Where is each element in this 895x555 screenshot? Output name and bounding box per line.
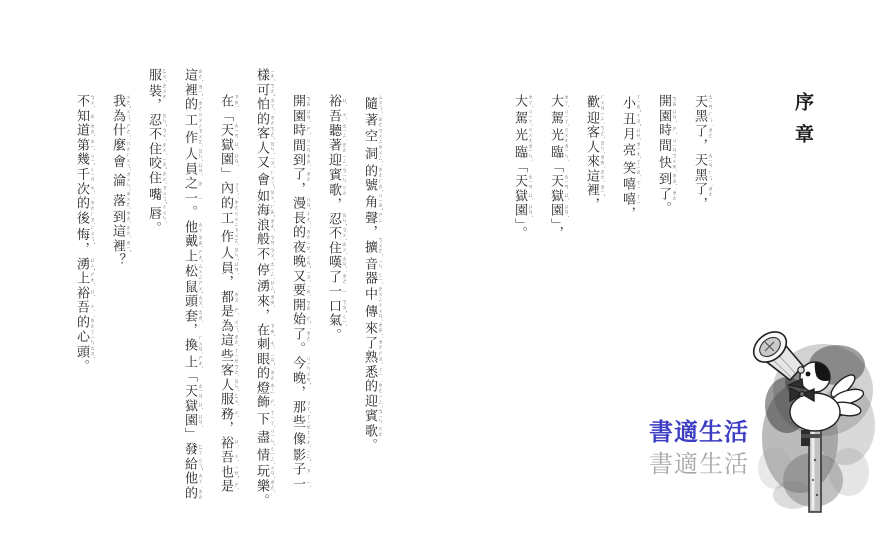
char-with-zhuyin: 作ㄗㄨㄛˋ: [182, 128, 197, 147]
char-with-zhuyin: 中ㄓㄨㄥ: [362, 286, 377, 303]
text-column: 服ㄈㄨˊ裝ㄓㄨㄤ，忍ㄖㄣˇ不ㄅㄨˊ住ㄓㄨˋ咬ㄧㄠˇ住ㄓㄨˋ嘴ㄗㄨㄟˇ唇ㄔㄨㄣˊ。: [135, 68, 171, 518]
char-with-zhuyin: 園ㄩㄢˊ: [290, 109, 305, 124]
char-with-zhuyin: 亮ㄌㄧㄤˋ: [620, 141, 635, 159]
char-with-zhuyin: 了˙ㄌㄜ: [692, 124, 707, 139]
char-with-zhuyin: 那ㄋㄚˋ: [290, 400, 305, 415]
char-with-zhuyin: 黑ㄏㄟ: [692, 168, 707, 183]
char-with-zhuyin: 園ㄩㄢˊ: [182, 413, 197, 428]
megaphone-knob: [798, 367, 804, 373]
char-with-zhuyin: 了˙ㄌㄜ: [326, 270, 341, 285]
char-with-zhuyin: 給ㄍㄟˇ: [182, 457, 197, 472]
char-with-zhuyin: 大ㄉㄚˋ: [548, 94, 563, 109]
char-with-zhuyin: 員ㄩㄢˊ: [218, 261, 233, 276]
char-with-zhuyin: 漫ㄇㄢˋ: [290, 196, 305, 211]
char-with-zhuyin: 到ㄉㄠˋ: [290, 153, 305, 168]
text-column: 小ㄒㄧㄠˇ丑ㄔㄡˇ月ㄩㄝˋ亮ㄌㄧㄤˋ笑ㄒㄧㄠˋ嘻ㄒㄧ嘻ㄒㄧ，: [609, 68, 645, 518]
char-with-zhuyin: 這ㄓㄜˋ: [182, 68, 197, 83]
punctuation-char: ，: [74, 242, 89, 257]
char-with-zhuyin: 的˙ㄉㄜ: [254, 366, 269, 381]
char-with-zhuyin: 我ㄨㄛˇ: [110, 94, 125, 109]
char-with-zhuyin: 落ㄌㄨㄛˋ: [110, 191, 125, 210]
char-with-zhuyin: 套ㄊㄠˋ: [182, 309, 197, 324]
char-with-zhuyin: 天ㄊㄧㄢ: [692, 153, 707, 168]
char-with-zhuyin: 裕ㄩˋ: [74, 286, 89, 301]
char-with-zhuyin: 會ㄏㄨㄟˋ: [254, 170, 269, 189]
char-with-zhuyin: 幾ㄐㄧˇ: [74, 152, 89, 167]
char-with-zhuyin: 玩ㄨㄢˊ: [254, 464, 269, 479]
char-with-zhuyin: 迎ㄧㄥˊ: [584, 111, 599, 126]
char-with-zhuyin: 唇ㄔㄨㄣˊ: [146, 204, 161, 221]
char-with-zhuyin: 這ㄓㄜˋ: [218, 333, 233, 348]
punctuation-char: 。: [326, 328, 341, 343]
char-with-zhuyin: 務ㄨˋ: [218, 407, 233, 422]
char-with-zhuyin: 般ㄅㄢ: [254, 232, 269, 247]
text-column: 隨ㄙㄨㄟˊ著˙ㄓㄜ空ㄎㄨㄥ洞ㄉㄨㄥˋ的˙ㄉㄜ號ㄏㄠˋ角ㄐㄧㄠˇ聲ㄕㄥ，擴ㄎㄨㄛˋ…: [351, 68, 387, 518]
punctuation-char: ，: [584, 198, 599, 213]
char-with-zhuyin: 光ㄍㄨㄤ: [548, 127, 563, 144]
char-with-zhuyin: 下ㄒㄧㄚˋ: [254, 410, 269, 428]
char-with-zhuyin: 黑ㄏㄟ: [692, 109, 707, 124]
char-with-zhuyin: 裡ㄌㄧˇ: [182, 83, 197, 98]
char-with-zhuyin: 裕ㄩˋ: [218, 436, 233, 451]
char-with-zhuyin: 些ㄒㄧㄝ: [290, 414, 305, 429]
char-with-zhuyin: 的˙ㄉㄜ: [218, 196, 233, 211]
char-with-zhuyin: 了˙ㄌㄜ: [290, 167, 305, 182]
char-with-zhuyin: 戴ㄉㄞˋ: [182, 234, 197, 249]
char-with-zhuyin: 第ㄉㄧˋ: [74, 138, 89, 153]
char-with-zhuyin: 淪ㄌㄨㄣˊ: [110, 171, 125, 190]
char-with-zhuyin: 擴ㄎㄨㄛˋ: [362, 240, 377, 257]
punctuation-char: 。: [74, 359, 89, 374]
char-with-zhuyin: 人ㄖㄣˊ: [218, 378, 233, 393]
char-with-zhuyin: 工ㄍㄨㄥ: [218, 210, 233, 227]
char-with-zhuyin: 人ㄖㄣˊ: [218, 246, 233, 261]
char-with-zhuyin: 始ㄕˇ: [290, 312, 305, 327]
char-with-zhuyin: 空ㄎㄨㄥ: [362, 128, 377, 145]
punctuation-char: 。: [254, 493, 269, 508]
char-with-zhuyin: 裡ㄌㄧˇ: [110, 239, 125, 254]
char-with-zhuyin: 鼠ㄕㄨˇ: [182, 280, 197, 295]
char-with-zhuyin: 駕ㄐㄧㄚˋ: [512, 109, 527, 127]
char-with-zhuyin: 一ㄧˊ: [290, 477, 305, 492]
char-with-zhuyin: 光ㄍㄨㄤ: [512, 127, 527, 144]
char-with-zhuyin: 眼ㄧㄢˇ: [254, 352, 269, 367]
char-with-zhuyin: 獄ㄩˋ: [512, 189, 527, 204]
char-with-zhuyin: 飾ㄕˋ: [254, 395, 269, 410]
char-with-zhuyin: 子˙ㄗ: [290, 462, 305, 477]
char-with-zhuyin: 開ㄎㄞ: [656, 94, 671, 109]
punctuation-char: 「: [548, 159, 563, 174]
punctuation-char: 「: [512, 159, 527, 174]
char-with-zhuyin: 晚ㄨㄢˇ: [290, 371, 305, 386]
char-with-zhuyin: 迎ㄧㄥˊ: [362, 394, 377, 409]
char-with-zhuyin: 不ㄅㄨˊ: [326, 226, 341, 241]
char-with-zhuyin: 時ㄕˊ: [290, 123, 305, 138]
char-with-zhuyin: 晚ㄨㄢˇ: [290, 254, 305, 269]
char-with-zhuyin: 的˙ㄉㄜ: [290, 225, 305, 240]
char-with-zhuyin: 著˙ㄓㄜ: [362, 113, 377, 128]
char-with-zhuyin: 忍ㄖㄣˇ: [326, 212, 341, 227]
char-with-zhuyin: 開ㄎㄞ: [290, 94, 305, 109]
punctuation-char: 。: [290, 341, 305, 356]
char-with-zhuyin: 工ㄍㄨㄥ: [182, 112, 197, 129]
char-with-zhuyin: 悉ㄒㄧ: [362, 365, 377, 380]
char-with-zhuyin: 湧ㄩㄥˇ: [74, 257, 89, 272]
char-with-zhuyin: 笑ㄒㄧㄠˋ: [620, 159, 635, 177]
punctuation-char: 」: [218, 167, 233, 182]
char-with-zhuyin: 來ㄌㄞˊ: [584, 154, 599, 169]
punctuation-char: ，: [218, 421, 233, 436]
char-with-zhuyin: 之ㄓ: [182, 176, 197, 191]
char-with-zhuyin: 聽ㄊㄧㄥ: [326, 123, 341, 138]
char-with-zhuyin: 海ㄏㄞˇ: [254, 203, 269, 218]
char-with-zhuyin: 發ㄈㄚ: [182, 442, 197, 457]
char-with-zhuyin: 會ㄏㄨㄟˋ: [110, 152, 125, 171]
char-with-zhuyin: 歌ㄍㄜ: [362, 424, 377, 439]
char-with-zhuyin: 的˙ㄉㄜ: [362, 164, 377, 179]
char-with-zhuyin: 的˙ㄉㄜ: [362, 379, 377, 394]
char-with-zhuyin: 一ㄧ: [182, 191, 197, 206]
char-with-zhuyin: 後ㄏㄡˋ: [74, 211, 89, 226]
char-with-zhuyin: 不ㄅㄨˋ: [254, 247, 269, 262]
char-with-zhuyin: 頭ㄊㄡˊ: [74, 345, 89, 360]
char-with-zhuyin: 客ㄎㄜˋ: [218, 363, 233, 378]
char-with-zhuyin: 裝ㄓㄨㄤ: [146, 83, 161, 99]
char-with-zhuyin: 一ㄧ: [326, 284, 341, 299]
char-with-zhuyin: 是ㄕˋ: [218, 304, 233, 319]
char-with-zhuyin: 歌ㄍㄜ: [326, 183, 341, 198]
char-with-zhuyin: 到ㄉㄠˋ: [110, 210, 125, 225]
text-column: 歡ㄏㄨㄢ迎ㄧㄥˊ客ㄎㄜˋ人ㄖㄣˊ來ㄌㄞˊ這ㄓㄜˋ裡ㄌㄧˇ，: [573, 68, 609, 518]
char-with-zhuyin: 駕ㄐㄧㄚˋ: [548, 109, 563, 127]
char-with-zhuyin: 悔ㄏㄨㄟˇ: [74, 225, 89, 242]
punctuation-char: ，: [254, 308, 269, 323]
char-with-zhuyin: 又ㄧㄡˋ: [254, 155, 269, 170]
punctuation-char: 」: [548, 218, 563, 226]
char-with-zhuyin: 間ㄐㄧㄢ: [290, 138, 305, 153]
punctuation-char: 。: [146, 221, 161, 236]
char-with-zhuyin: 器ㄑㄧˋ: [362, 271, 377, 286]
char-with-zhuyin: 音ㄧㄣ: [362, 257, 377, 272]
punctuation-char: 」: [182, 428, 197, 443]
chapter-title: 序章: [790, 92, 817, 156]
char-with-zhuyin: 人ㄖㄣˊ: [182, 147, 197, 162]
char-with-zhuyin: 獄ㄩˋ: [548, 189, 563, 204]
char-with-zhuyin: 湧ㄩㄥˇ: [254, 279, 269, 294]
punctuation-char: ，: [290, 385, 305, 400]
char-with-zhuyin: 道ㄉㄠˋ: [74, 123, 89, 138]
char-with-zhuyin: 又ㄧㄡˋ: [290, 269, 305, 284]
bird-body: [790, 393, 840, 431]
char-with-zhuyin: 盡ㄐㄧㄣˋ: [254, 428, 269, 446]
char-with-zhuyin: 今ㄐㄧㄣ: [290, 356, 305, 371]
char-with-zhuyin: 什ㄕㄜˊ: [110, 123, 125, 138]
char-with-zhuyin: 這ㄓㄜˋ: [110, 224, 125, 239]
text-column: 開ㄎㄞ園ㄩㄢˊ時ㄕˊ間ㄐㄧㄢ到ㄉㄠˋ了˙ㄌㄜ，漫ㄇㄢˋ長ㄔㄤˊ的˙ㄉㄜ夜ㄧㄝˋ晚…: [279, 68, 315, 518]
punctuation-char: ，: [326, 197, 341, 212]
char-with-zhuyin: 作ㄗㄨㄛˋ: [218, 227, 233, 246]
char-with-zhuyin: 月ㄩㄝˋ: [620, 127, 635, 142]
punctuation-char: 。: [656, 201, 671, 216]
char-with-zhuyin: 間ㄐㄧㄢ: [656, 138, 671, 153]
bird-megaphone-illustration: [745, 330, 895, 515]
char-with-zhuyin: 氣ㄑㄧˋ: [326, 313, 341, 328]
char-with-zhuyin: 刺ㄘˋ: [254, 337, 269, 352]
char-with-zhuyin: 嘴ㄗㄨㄟˇ: [146, 185, 161, 204]
char-with-zhuyin: 嘻ㄒㄧ: [620, 177, 635, 192]
char-with-zhuyin: 為ㄨㄟˋ: [110, 109, 125, 124]
char-with-zhuyin: 口ㄎㄡˇ: [326, 299, 341, 314]
char-with-zhuyin: 裡ㄌㄧˇ: [584, 183, 599, 198]
char-with-zhuyin: 臨ㄌㄧㄣˊ: [548, 143, 563, 159]
punctuation-char: 」: [512, 218, 527, 226]
char-with-zhuyin: 長ㄔㄤˊ: [290, 211, 305, 226]
char-with-zhuyin: 在ㄗㄞˋ: [218, 94, 233, 109]
char-with-zhuyin: 為ㄨㄟˋ: [218, 319, 233, 334]
char-with-zhuyin: 怕ㄆㄚˋ: [254, 97, 269, 112]
char-with-zhuyin: 來ㄌㄞˊ: [254, 294, 269, 309]
char-with-zhuyin: 號ㄏㄠˋ: [362, 178, 377, 193]
char-with-zhuyin: 心ㄒㄧㄣ: [74, 329, 89, 344]
char-with-zhuyin: 天ㄊㄧㄢ: [512, 174, 527, 189]
text-column: 不ㄅㄨˋ知ㄓ道ㄉㄠˋ第ㄉㄧˋ幾ㄐㄧˇ千ㄑㄧㄢ次ㄘˋ的˙ㄉㄜ後ㄏㄡˋ悔ㄏㄨㄟˇ，湧…: [63, 68, 99, 518]
char-with-zhuyin: 獄ㄩˋ: [218, 138, 233, 153]
char-with-zhuyin: 天ㄊㄧㄢ: [692, 94, 707, 109]
char-with-zhuyin: 可ㄎㄜˇ: [254, 83, 269, 98]
text-column: 大ㄉㄚˋ駕ㄐㄧㄚˋ光ㄍㄨㄤ臨ㄌㄧㄣˊ「天ㄊㄧㄢ獄ㄩˋ園ㄩㄢˊ」，: [537, 68, 573, 518]
char-with-zhuyin: 歡ㄏㄨㄢ: [584, 94, 599, 111]
text-column: 這ㄓㄜˋ裡ㄌㄧˇ的˙ㄉㄜ工ㄍㄨㄥ作ㄗㄨㄛˋ人ㄖㄣˊ員ㄩㄢˊ之ㄓ一ㄧ。他ㄊㄚ戴ㄉㄞ…: [171, 68, 207, 518]
punctuation-char: ，: [548, 226, 563, 241]
text-column: 在ㄗㄞˋ「天ㄊㄧㄢ獄ㄩˋ園ㄩㄢˊ」內ㄋㄟˋ的˙ㄉㄜ工ㄍㄨㄥ作ㄗㄨㄛˋ人ㄖㄣˊ員ㄩ…: [207, 68, 243, 518]
char-with-zhuyin: 服ㄈㄨˊ: [146, 68, 161, 83]
char-with-zhuyin: 不ㄅㄨˊ: [146, 127, 161, 142]
punctuation-char: 。: [362, 438, 377, 453]
char-with-zhuyin: 的˙ㄉㄜ: [254, 112, 269, 127]
char-with-zhuyin: 隨ㄙㄨㄟˊ: [362, 94, 377, 113]
char-with-zhuyin: 服ㄈㄨˊ: [218, 392, 233, 407]
char-with-zhuyin: 了˙ㄌㄜ: [290, 327, 305, 342]
char-with-zhuyin: 吾ㄨˊ: [326, 109, 341, 124]
char-with-zhuyin: 樣ㄧㄤˋ: [254, 68, 269, 83]
punctuation-char: 「: [182, 369, 197, 384]
char-with-zhuyin: 松ㄙㄨㄥ: [182, 263, 197, 280]
char-with-zhuyin: 大ㄉㄚˋ: [512, 94, 527, 109]
char-with-zhuyin: 員ㄩㄢˊ: [182, 162, 197, 177]
char-with-zhuyin: 聲ㄕㄥ: [362, 211, 377, 226]
char-with-zhuyin: 在ㄗㄞˋ: [254, 323, 269, 338]
punctuation-char: 「: [218, 109, 233, 124]
char-with-zhuyin: 情ㄑㄧㄥˊ: [254, 446, 269, 464]
char-with-zhuyin: 麼˙ㄇㄜ: [110, 138, 125, 153]
char-with-zhuyin: 知ㄓ: [74, 109, 89, 124]
char-with-zhuyin: 千ㄑㄧㄢ: [74, 167, 89, 182]
char-with-zhuyin: 丑ㄔㄡˇ: [620, 112, 635, 127]
text-column: 大ㄉㄚˋ駕ㄐㄧㄚˋ光ㄍㄨㄤ臨ㄌㄧㄣˊ「天ㄊㄧㄢ獄ㄩˋ園ㄩㄢˊ」。: [501, 68, 537, 518]
char-with-zhuyin: 的˙ㄉㄜ: [74, 196, 89, 211]
char-with-zhuyin: 天ㄊㄧㄢ: [548, 174, 563, 189]
char-with-zhuyin: 上ㄕㄤˋ: [182, 355, 197, 370]
char-with-zhuyin: 他ㄊㄚ: [182, 471, 197, 486]
char-with-zhuyin: 都ㄉㄡ: [218, 290, 233, 305]
char-with-zhuyin: 他ㄊㄚ: [182, 220, 197, 235]
char-with-zhuyin: 了˙ㄌㄜ: [692, 182, 707, 197]
char-with-zhuyin: 吾ㄨˊ: [218, 450, 233, 465]
char-with-zhuyin: 快ㄎㄨㄞˋ: [656, 153, 671, 172]
punctuation-char: 。: [182, 205, 197, 220]
char-with-zhuyin: 了˙ㄌㄜ: [656, 187, 671, 202]
punctuation-char: ，: [146, 98, 161, 113]
char-with-zhuyin: 熟ㄕㄡˊ: [362, 350, 377, 365]
char-with-zhuyin: 天ㄊㄧㄢ: [182, 384, 197, 399]
char-with-zhuyin: 迎ㄧㄥˊ: [326, 153, 341, 168]
char-with-zhuyin: 住ㄓㄨˋ: [326, 241, 341, 256]
punctuation-char: ？: [110, 253, 125, 268]
char-with-zhuyin: 賓ㄅㄧㄣ: [362, 408, 377, 423]
bird-eye: [806, 372, 811, 377]
watermark-gray: 書適生活: [649, 444, 749, 479]
char-with-zhuyin: 嘻ㄒㄧ: [620, 192, 635, 207]
char-with-zhuyin: 園ㄩㄢˊ: [548, 203, 563, 218]
text-column: 裕ㄩˋ吾ㄨˊ聽ㄊㄧㄥ著˙ㄓㄜ迎ㄧㄥˊ賓ㄅㄧㄣ歌ㄍㄜ，忍ㄖㄣˇ不ㄅㄨˊ住ㄓㄨˋ嘆ㄊ…: [315, 68, 351, 518]
char-with-zhuyin: 這ㄓㄜˋ: [584, 169, 599, 184]
char-with-zhuyin: 賓ㄅㄧㄣ: [326, 167, 341, 182]
char-with-zhuyin: 臨ㄌㄧㄣˊ: [512, 143, 527, 159]
char-with-zhuyin: 時ㄕˊ: [656, 123, 671, 138]
char-with-zhuyin: 也ㄧㄝˇ: [218, 465, 233, 480]
char-with-zhuyin: 樂ㄌㄜˋ: [254, 479, 269, 494]
book-page: 序章 天ㄊㄧㄢ黑ㄏㄟ了˙ㄌㄜ，天ㄊㄧㄢ黑ㄏㄟ了˙ㄌㄜ，開ㄎㄞ園ㄩㄢˊ時ㄕˊ間ㄐㄧ…: [0, 0, 895, 555]
char-with-zhuyin: 角ㄐㄧㄠˇ: [362, 193, 377, 211]
char-with-zhuyin: 忍ㄖㄣˇ: [146, 113, 161, 128]
char-with-zhuyin: 園ㄩㄢˊ: [512, 203, 527, 218]
char-with-zhuyin: 夜ㄧㄝˋ: [290, 240, 305, 255]
char-with-zhuyin: 的˙ㄉㄜ: [182, 486, 197, 501]
char-with-zhuyin: 的˙ㄉㄜ: [74, 315, 89, 330]
punctuation-char: 。: [512, 226, 527, 241]
char-with-zhuyin: 不ㄅㄨˋ: [74, 94, 89, 109]
char-with-zhuyin: 園ㄩㄢˊ: [656, 109, 671, 124]
char-with-zhuyin: 客ㄎㄜˋ: [254, 126, 269, 141]
char-with-zhuyin: 住ㄓㄨˋ: [146, 171, 161, 186]
char-with-zhuyin: 人ㄖㄣˊ: [254, 141, 269, 156]
char-with-zhuyin: 開ㄎㄞ: [290, 298, 305, 313]
text-column: 樣ㄧㄤˋ可ㄎㄜˇ怕ㄆㄚˋ的˙ㄉㄜ客ㄎㄜˋ人ㄖㄣˊ又ㄧㄡˋ會ㄏㄨㄟˋ如ㄖㄨˊ海ㄏㄞ…: [243, 68, 279, 518]
char-with-zhuyin: 人ㄖㄣˊ: [584, 140, 599, 155]
punctuation-char: ，: [620, 206, 635, 221]
char-with-zhuyin: 嘆ㄊㄢˋ: [326, 255, 341, 270]
char-with-zhuyin: 了˙ㄌㄜ: [362, 336, 377, 351]
char-with-zhuyin: 來ㄌㄞˊ: [362, 321, 377, 336]
char-with-zhuyin: 天ㄊㄧㄢ: [218, 123, 233, 138]
char-with-zhuyin: 如ㄖㄨˊ: [254, 189, 269, 204]
char-with-zhuyin: 像ㄒㄧㄤˋ: [290, 430, 305, 448]
text-column: 我ㄨㄛˇ為ㄨㄟˋ什ㄕㄜˊ麼˙ㄇㄜ會ㄏㄨㄟˋ淪ㄌㄨㄣˊ落ㄌㄨㄛˋ到ㄉㄠˋ這ㄓㄜˋ裡…: [99, 68, 135, 518]
char-with-zhuyin: 上ㄕㄤˋ: [74, 271, 89, 286]
char-with-zhuyin: 住ㄓㄨˋ: [146, 142, 161, 157]
char-with-zhuyin: 要ㄧㄠˋ: [290, 283, 305, 298]
punctuation-char: ，: [692, 138, 707, 153]
char-with-zhuyin: 洞ㄉㄨㄥˋ: [362, 144, 377, 163]
char-with-zhuyin: 上ㄕㄤˋ: [182, 249, 197, 264]
char-with-zhuyin: 到ㄉㄠˋ: [656, 172, 671, 187]
punctuation-char: ，: [218, 275, 233, 290]
char-with-zhuyin: 燈ㄉㄥ: [254, 381, 269, 396]
char-with-zhuyin: 些ㄒㄧㄝ: [218, 348, 233, 363]
char-with-zhuyin: 的˙ㄉㄜ: [182, 97, 197, 112]
char-with-zhuyin: 園ㄩㄢˊ: [218, 152, 233, 167]
char-with-zhuyin: 浪ㄌㄤˋ: [254, 218, 269, 233]
punctuation-char: ，: [290, 182, 305, 197]
char-with-zhuyin: 小ㄒㄧㄠˇ: [620, 94, 635, 112]
char-with-zhuyin: 裕ㄩˋ: [326, 94, 341, 109]
char-with-zhuyin: 客ㄎㄜˋ: [584, 125, 599, 140]
char-with-zhuyin: 著˙ㄓㄜ: [326, 138, 341, 153]
char-with-zhuyin: 內ㄋㄟˋ: [218, 181, 233, 196]
char-with-zhuyin: 咬ㄧㄠˇ: [146, 156, 161, 171]
char-with-zhuyin: 頭ㄊㄡˊ: [182, 294, 197, 309]
char-with-zhuyin: 換ㄏㄨㄢˋ: [182, 338, 197, 355]
char-with-zhuyin: 停ㄊㄧㄥˊ: [254, 261, 269, 279]
char-with-zhuyin: 次ㄘˋ: [74, 182, 89, 197]
char-with-zhuyin: 傳ㄔㄨㄢˊ: [362, 302, 377, 321]
watermark-blue: 書適生活: [649, 412, 749, 447]
char-with-zhuyin: 獄ㄩˋ: [182, 399, 197, 414]
char-with-zhuyin: 吾ㄨˊ: [74, 300, 89, 315]
prose-block: 隨ㄙㄨㄟˊ著˙ㄓㄜ空ㄎㄨㄥ洞ㄉㄨㄥˋ的˙ㄉㄜ號ㄏㄠˋ角ㄐㄧㄠˇ聲ㄕㄥ，擴ㄎㄨㄛˋ…: [63, 68, 387, 518]
char-with-zhuyin: 影ㄧㄥˇ: [290, 448, 305, 463]
punctuation-char: ，: [692, 197, 707, 212]
char-with-zhuyin: 是ㄕˋ: [218, 479, 233, 494]
